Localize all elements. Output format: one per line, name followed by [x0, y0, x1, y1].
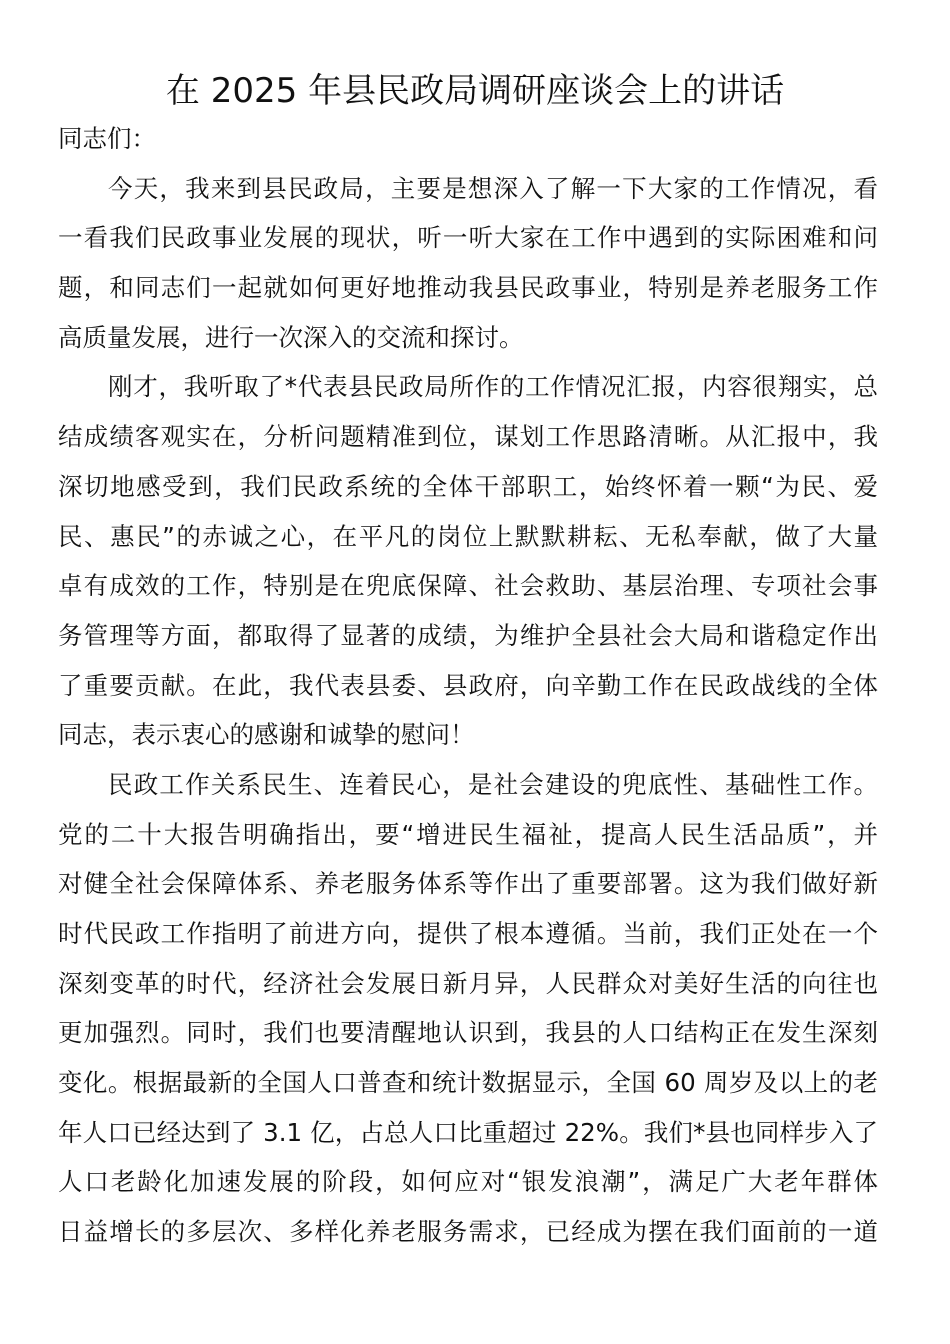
paragraph-line: 深刻变革的时代，经济社会发展日新月异，人民群众对美好生活的向往也 — [58, 959, 878, 1009]
paragraph-line: 变化。根据最新的全国人口普查和统计数据显示，全国 60 周岁及以上的老 — [58, 1058, 878, 1108]
paragraph-line: 卓有成效的工作，特别是在兜底保障、社会救助、基层治理、专项社会事 — [58, 561, 878, 611]
paragraph-line: 今天，我来到县民政局，主要是想深入了解一下大家的工作情况，看 — [58, 164, 878, 214]
paragraph-line: 人口老龄化加速发展的阶段，如何应对“银发浪潮”，满足广大老年群体 — [58, 1157, 878, 1207]
paragraph-line: 日益增长的多层次、多样化养老服务需求，已经成为摆在我们面前的一道 — [58, 1207, 878, 1257]
paragraph-line: 刚才，我听取了*代表县民政局所作的工作情况汇报，内容很翔实，总 — [58, 362, 878, 412]
salutation: 同志们： — [58, 114, 878, 164]
paragraph-line: 年人口已经达到了 3.1 亿，占总人口比重超过 22%。我们*县也同样步入了 — [58, 1108, 878, 1158]
document-body: 同志们： 今天，我来到县民政局，主要是想深入了解一下大家的工作情况，看 一看我们… — [58, 114, 878, 1257]
paragraph-line: 党的二十大报告明确指出，要“增进民生福祉，提高人民生活品质”，并 — [58, 810, 878, 860]
document-title: 在 2025 年县民政局调研座谈会上的讲话 — [0, 66, 950, 116]
paragraph-line: 一看我们民政事业发展的现状，听一听大家在工作中遇到的实际困难和问 — [58, 213, 878, 263]
paragraph-line: 结成绩客观实在，分析问题精准到位，谋划工作思路清晰。从汇报中，我 — [58, 412, 878, 462]
paragraph-line: 了重要贡献。在此，我代表县委、县政府，向辛勤工作在民政战线的全体 — [58, 661, 878, 711]
paragraph-line: 同志，表示衷心的感谢和诚挚的慰问！ — [58, 710, 878, 760]
paragraph-line: 高质量发展，进行一次深入的交流和探讨。 — [58, 313, 878, 363]
paragraph-2: 刚才，我听取了*代表县民政局所作的工作情况汇报，内容很翔实，总 结成绩客观实在，… — [58, 362, 878, 760]
document-page: 在 2025 年县民政局调研座谈会上的讲话 同志们： 今天，我来到县民政局，主要… — [0, 0, 950, 1344]
paragraph-1: 今天，我来到县民政局，主要是想深入了解一下大家的工作情况，看 一看我们民政事业发… — [58, 164, 878, 363]
paragraph-line: 对健全社会保障体系、养老服务体系等作出了重要部署。这为我们做好新 — [58, 859, 878, 909]
paragraph-line: 题，和同志们一起就如何更好地推动我县民政事业，特别是养老服务工作 — [58, 263, 878, 313]
paragraph-line: 更加强烈。同时，我们也要清醒地认识到，我县的人口结构正在发生深刻 — [58, 1008, 878, 1058]
paragraph-line: 务管理等方面，都取得了显著的成绩，为维护全县社会大局和谐稳定作出 — [58, 611, 878, 661]
paragraph-line: 民、惠民”的赤诚之心，在平凡的岗位上默默耕耘、无私奉献，做了大量 — [58, 512, 878, 562]
paragraph-line: 深切地感受到，我们民政系统的全体干部职工，始终怀着一颗“为民、爱 — [58, 462, 878, 512]
paragraph-line: 时代民政工作指明了前进方向，提供了根本遵循。当前，我们正处在一个 — [58, 909, 878, 959]
paragraph-3: 民政工作关系民生、连着民心，是社会建设的兜底性、基础性工作。 党的二十大报告明确… — [58, 760, 878, 1257]
paragraph-line: 民政工作关系民生、连着民心，是社会建设的兜底性、基础性工作。 — [58, 760, 878, 810]
